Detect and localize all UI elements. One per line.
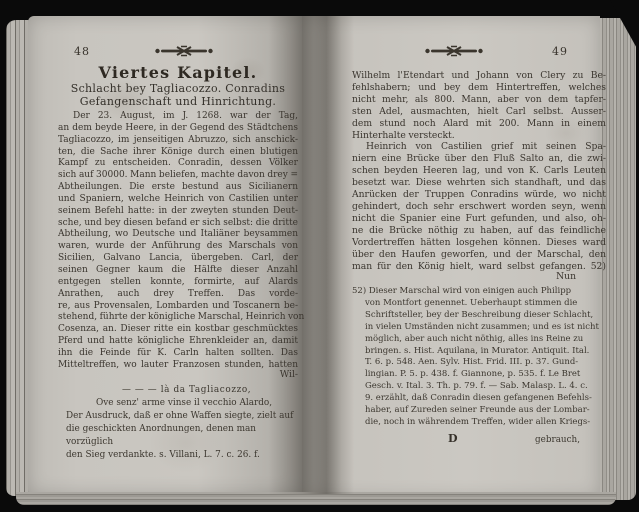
text-line: sich auf 30000. Mann beliefen, machte da…	[58, 170, 298, 182]
text-line: Wilhelm l'Etendart und Johann von Clery …	[352, 70, 606, 82]
text-line: Ove senz' arme vinse il vecchio Alardo,	[66, 397, 302, 410]
head-rule-ornament-icon	[424, 45, 484, 57]
right-body-text: Wilhelm l'Etendart und Johann von Clery …	[352, 70, 606, 272]
text-line: nicht mehr, als 800. Mann, aber von dem …	[352, 94, 606, 106]
head-rule-ornament-icon	[154, 45, 214, 57]
text-line: Schlacht bey Tagliacozzo. Conradins	[58, 82, 298, 95]
text-line: entgegen stellen konnte, formirte, auf A…	[58, 277, 298, 289]
book-photo: 48 Viertes Kapitel. Schlacht bey Tagliac…	[0, 0, 639, 512]
text-line: schen beyden Heeren lag, und von K. Carl…	[352, 165, 606, 177]
text-line: lingian. P. 5. p. 438. f. Giannone, p. 5…	[352, 369, 604, 381]
text-line: Sicilien, Galvano Lancia, übergeben. Car…	[58, 253, 298, 265]
text-line: bringen. s. Hist. Aquilana, in Murator. …	[352, 346, 604, 358]
right-footnote: 52) Dieser Marschal wird von einigen auc…	[352, 286, 604, 429]
right-catchword: Nun	[352, 271, 606, 282]
text-line: Cosenza, an. Dieser ritte ein kostbar ge…	[58, 324, 298, 336]
chapter-heading: Viertes Kapitel.	[58, 63, 298, 82]
left-page-number: 48	[74, 45, 90, 58]
text-line: 9. erzählt, daß Conradin diesen gefangen…	[352, 393, 604, 405]
text-line: Der Ausdruck, daß er ohne Waffen siegte,…	[66, 410, 302, 423]
signature-catchword: gebrauch,	[500, 435, 580, 445]
text-line: haber, auf Zureden seiner Freunde aus de…	[352, 405, 604, 417]
text-line: seinen Gegner kaum die Hälfte dieser Anz…	[58, 265, 298, 277]
text-line: ihn die Feinde für K. Carln halten sollt…	[58, 348, 298, 360]
text-line: T. 6. p. 548. Aen. Sylv. Hist. Frid. III…	[352, 357, 604, 369]
text-line: Gesch. v. Ital. 3. Th. p. 79. f. — Sab. …	[352, 381, 604, 393]
text-line: an dem beyde Heere, in der Gegend des St…	[58, 123, 298, 135]
text-line: niern eine Brücke über den Fluß Salto an…	[352, 153, 606, 165]
text-line: fehlshabern; und bey dem Hintertreffen, …	[352, 82, 606, 94]
text-line: Abtheilung, wo Deutsche und Italiäner be…	[58, 229, 298, 241]
text-line: besetzt war. Diese wehrten sich standhaf…	[352, 177, 606, 189]
text-line: nicht die Spanier eine Furt gefunden, un…	[352, 213, 606, 225]
text-line: den Sieg verdankte. s. Villani, L. 7. c.…	[66, 449, 302, 462]
text-line: die geschickten Anordnungen, denen man v…	[66, 423, 302, 449]
text-line: — — — là da Tagliacozzo,	[66, 384, 302, 397]
text-line: Pferd und hatte königliche Ehrenkleider …	[58, 336, 298, 348]
text-line: Tagliacozzo, im jenseitigen Abruzzo, sic…	[58, 135, 298, 147]
text-line: von Montfort genennet. Ueberhaupt stimme…	[352, 298, 604, 310]
text-line: Der 23. August, im J. 1268. war der Tag,	[58, 111, 298, 123]
text-line: ten, die Sache ihrer Könige durch einen …	[58, 147, 298, 159]
text-line: 52) Dieser Marschal wird von einigen auc…	[352, 286, 604, 298]
left-body-text: Der 23. August, im J. 1268. war der Tag,…	[58, 111, 298, 372]
text-line: sten Adel, ausmachten, hielt Carl selbst…	[352, 106, 606, 118]
text-line: dem stund noch Alard mit 200. Mann in ei…	[352, 118, 606, 130]
text-line: gehindert, doch sehr erschwert worden se…	[352, 201, 606, 213]
right-page-number: 49	[552, 45, 568, 58]
signature-mark: D	[448, 432, 458, 445]
text-line: Hinterhalte versteckt.	[352, 130, 606, 142]
left-footnote: — — — là da Tagliacozzo,Ove senz' arme v…	[66, 384, 302, 462]
text-line: waren, wurde der Anführung des Marschals…	[58, 241, 298, 253]
text-line: stehend, führte der königliche Marschal,…	[58, 312, 298, 324]
text-line: sche, und bey diesen befand er sich selb…	[58, 218, 298, 230]
left-page-edges	[6, 20, 30, 496]
text-line: Kampf zu entscheiden. Conradin, dessen V…	[58, 158, 298, 170]
text-line: in vielen Umständen nicht zusammen; und …	[352, 322, 604, 334]
text-line: und Spaniern, welche Heinrich von Castil…	[58, 194, 298, 206]
text-line: re, aus Provensalen, Lombarden und Tosca…	[58, 301, 298, 313]
text-line: Gefangenschaft und Hinrichtung.	[58, 95, 298, 108]
chapter-subheading: Schlacht bey Tagliacozzo. ConradinsGefan…	[58, 82, 298, 108]
text-line: Vordertreffen hätten losgehen können. Di…	[352, 237, 606, 249]
text-line: ne die Brücke nöthig zu haben, auf das f…	[352, 225, 606, 237]
text-line: Anrücken der Truppen Conradins würde, wo…	[352, 189, 606, 201]
text-line: Heinrich von Castilien grief mit seinen …	[352, 141, 606, 153]
text-line: Abtheilungen. Die erste bestund aus Sici…	[58, 182, 298, 194]
text-line: Schriftsteller, bey der Beschreibung die…	[352, 310, 604, 322]
text-line: seinem Befehl hatte: in der zweyten stun…	[58, 206, 298, 218]
text-line: die, noch in währendem Treffen, wider al…	[352, 417, 604, 429]
text-line: Anrathen, auch drey Treffen. Das vorde-	[58, 289, 298, 301]
text-line: möglich, aber auch nicht nöthig, alles i…	[352, 334, 604, 346]
bottom-page-edges	[16, 492, 616, 505]
text-line: über den Haufen geworfen, und der Marsch…	[352, 249, 606, 261]
left-catchword: Wil-	[58, 369, 298, 380]
